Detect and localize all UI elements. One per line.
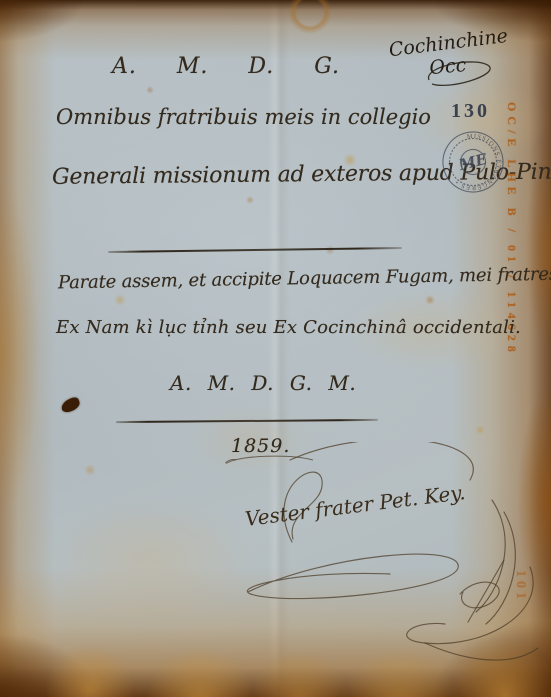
signature-block: Vester frater Pet. Key. [230, 442, 551, 687]
folio-number: 130 [451, 100, 490, 123]
signature-bowl [460, 582, 499, 608]
signature-paraph-2 [486, 512, 515, 624]
signature-flourish-top [290, 442, 473, 480]
motto-top: A. M. D. G. [112, 54, 340, 79]
ink-blot [59, 396, 81, 414]
signature-paraph-1 [476, 500, 505, 612]
motto-middle: A. M. D. G. M. [170, 371, 356, 395]
divider-rule-1 [108, 247, 402, 253]
annotation-swash [419, 53, 501, 93]
signature-tail [425, 643, 538, 660]
manuscript-page: Cochinchine Occ A. M. D. G. 130 Omnibus … [0, 0, 551, 697]
signature-text: Vester frater Pet. Key. [244, 480, 467, 531]
stamp-monogram: ME [456, 150, 489, 175]
dedication-line1: Omnibus fratribuis meis in collegio [56, 105, 431, 129]
divider-rule-2 [116, 419, 378, 423]
signature-underline [247, 554, 458, 598]
mission-seal-stamp: MISSIONS ÉTRANGÈRES • ME [433, 122, 513, 202]
body-line2: Ex Nam kì lục tỉnh seu Ex Cocinchinâ occ… [56, 317, 521, 338]
body-line1: Parate assem, et accipite Loquacem Fugam… [58, 264, 551, 294]
signature-lower-loop [407, 567, 533, 644]
archival-edge-stamp: OC/E LHE B / 01 / 114628 [504, 102, 519, 402]
